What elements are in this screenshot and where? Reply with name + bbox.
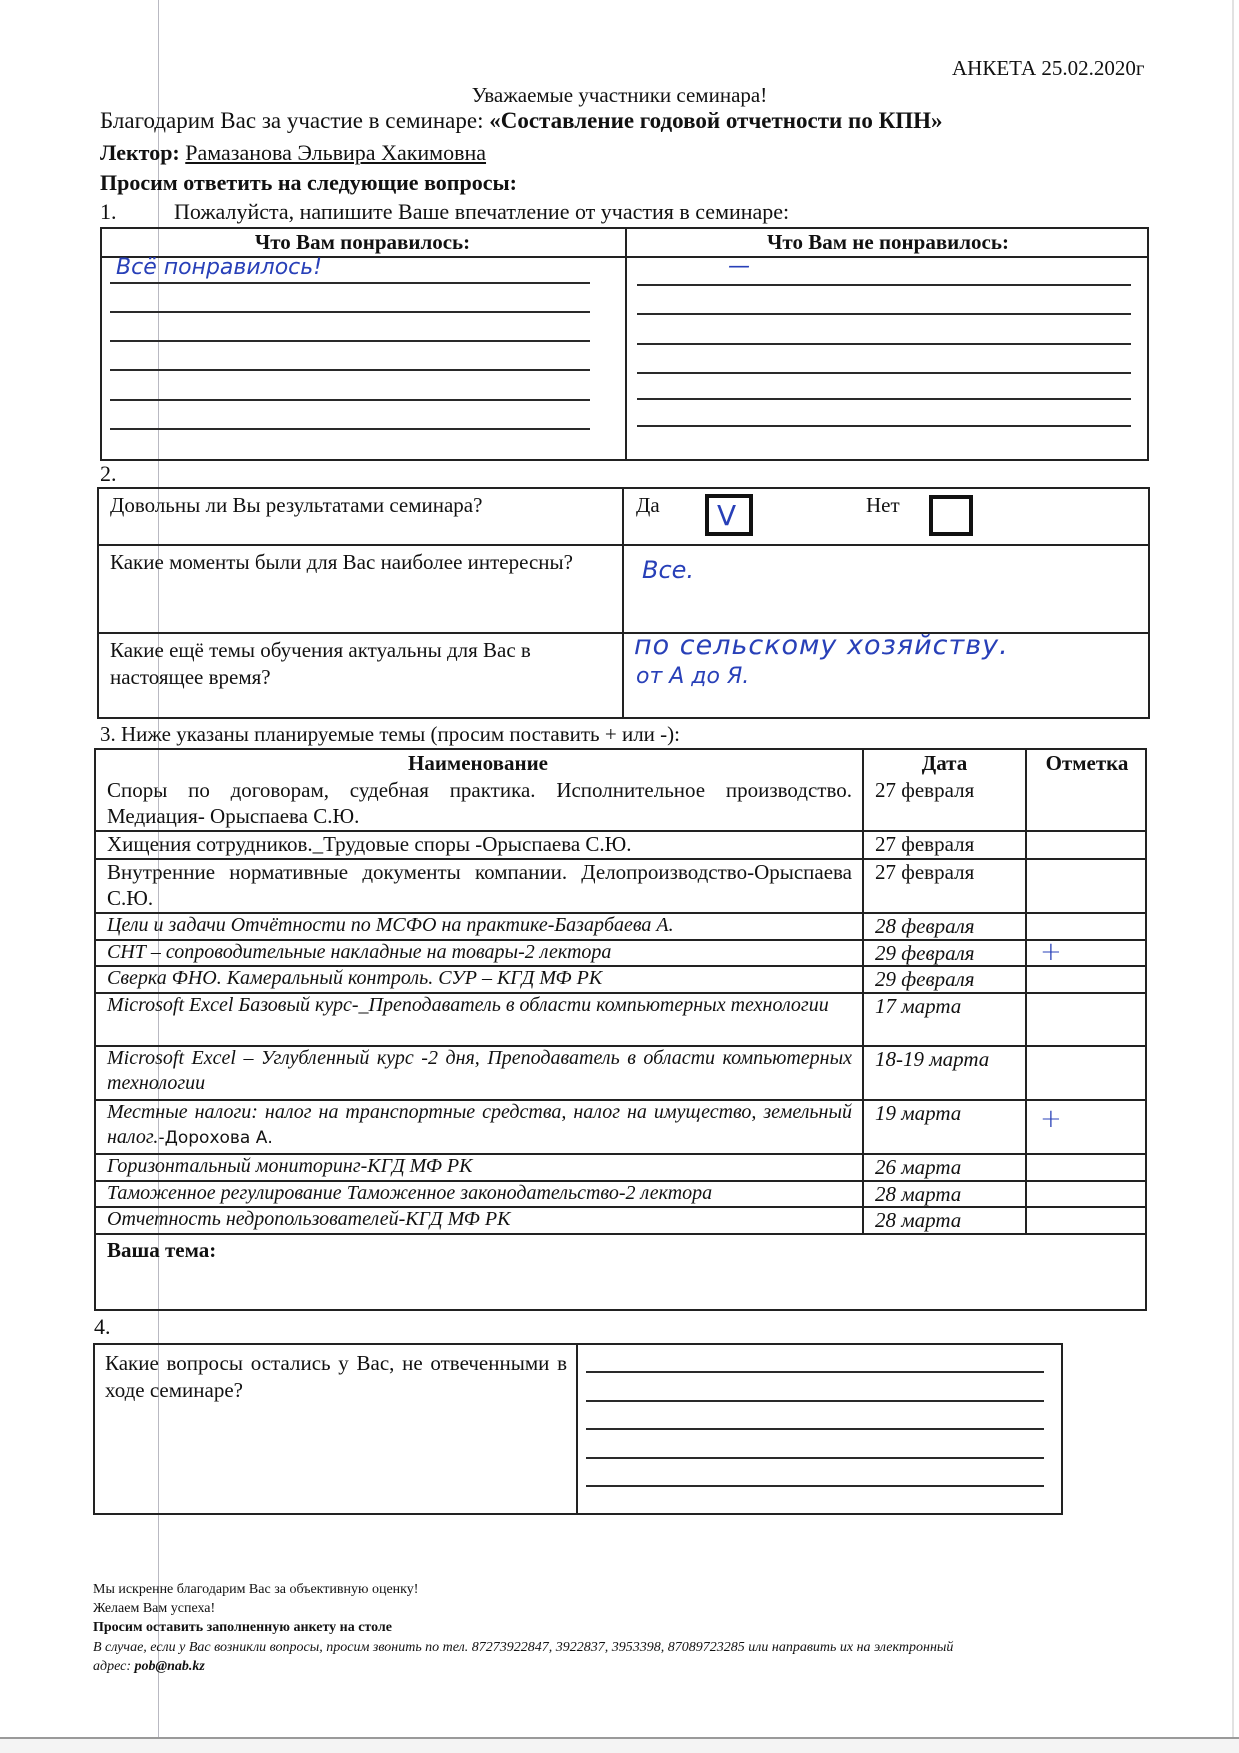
lector-label: Лектор: (100, 140, 185, 165)
yes-label: Да (636, 492, 660, 519)
topic-mark-cell[interactable] (1040, 1180, 1140, 1206)
answer-line (637, 425, 1131, 427)
answer-line (110, 369, 590, 371)
answer-line (110, 340, 590, 342)
column-header-date: Дата (864, 751, 1025, 776)
topic-lector: -Дорохова А. (158, 1128, 272, 1148)
answer-line (586, 1485, 1044, 1487)
lector-name: Рамазанова Эльвира Хакимовна (185, 140, 486, 165)
satisfied-question: Довольны ли Вы результатами семинара? (110, 492, 482, 519)
topic-date: 28 марта (875, 1207, 961, 1234)
topic-name: СНТ – сопроводительные накладные на това… (107, 940, 852, 965)
answer-line (637, 343, 1131, 345)
greeting: Уважаемые участники семинара! (0, 83, 1239, 108)
answer-line (637, 313, 1131, 315)
topic-name: Microsoft Excel Базовый курс-_Преподават… (107, 993, 852, 1018)
topics-question: Какие ещё темы обучения актуальны для Ва… (110, 637, 620, 691)
interesting-answer[interactable]: Все. (642, 556, 694, 584)
topic-date: 17 марта (875, 993, 961, 1020)
answer-line (637, 284, 1131, 286)
section4-number: 4. (94, 1314, 111, 1340)
topic-name: Горизонтальный мониторинг-КГД МФ РК (107, 1154, 852, 1179)
topic-mark-cell[interactable] (1040, 858, 1140, 912)
topic-mark-cell[interactable] (1040, 912, 1140, 939)
disliked-header: Что Вам не понравилось: (627, 230, 1149, 255)
topic-name: Внутренние нормативные документы компани… (107, 859, 852, 911)
topic-date: 29 февраля (875, 940, 975, 967)
answer-line (586, 1428, 1044, 1430)
seminar-title: «Составление годовой отчетности по КПН» (489, 108, 942, 133)
topic-date: 18-19 марта (875, 1046, 989, 1073)
no-label: Нет (866, 492, 900, 519)
topic-name: Таможенное регулирование Таможенное зако… (107, 1181, 852, 1206)
answer-line (586, 1400, 1044, 1402)
footer-email-line: адрес: pob@nab.kz (93, 1659, 205, 1675)
seminar-line: Благодарим Вас за участие в семинаре: «С… (100, 108, 943, 134)
topic-date: 27 февраля (875, 831, 974, 858)
check-mark-icon: V (717, 500, 736, 532)
topic-mark-cell[interactable] (1040, 776, 1140, 830)
topic-mark-cell[interactable]: + (1040, 939, 1140, 965)
liked-header: Что Вам понравилось: (100, 230, 625, 255)
yes-checkbox[interactable]: V (705, 494, 753, 536)
topic-name: Споры по договорам, судебная практика. И… (107, 777, 852, 829)
ask-prompt: Просим ответить на следующие вопросы: (100, 170, 517, 196)
your-topic-label: Ваша тема: (107, 1238, 216, 1263)
section2-number: 2. (100, 461, 117, 487)
section1-number: 1. (100, 199, 174, 225)
topic-name: Цели и задачи Отчётности по МСФО на прак… (107, 913, 852, 938)
open-questions-column-divider (576, 1343, 578, 1515)
open-questions-question: Какие вопросы остались у Вас, не отвечен… (105, 1350, 567, 1404)
topic-date: 26 марта (875, 1154, 961, 1181)
topic-date: 29 февраля (875, 966, 975, 993)
footer-email-prefix: адрес: (93, 1659, 135, 1674)
topic-name: Местные налоги: налог на транспортные ср… (107, 1100, 852, 1151)
topic-mark-cell[interactable] (1040, 992, 1140, 1045)
liked-answer: Всё понравилось! (116, 255, 322, 280)
scan-edge-right (1232, 0, 1234, 1737)
topic-date: 27 февраля (875, 859, 974, 886)
date-column-divider (862, 748, 864, 1234)
section1-question-text: Пожалуйста, напишите Ваше впечатление от… (174, 199, 789, 224)
topic-name: Сверка ФНО. Камеральный контроль. СУР – … (107, 966, 852, 991)
topic-mark-cell[interactable] (1040, 1045, 1140, 1099)
impressions-column-divider (625, 227, 627, 461)
disliked-answer: — (728, 254, 750, 279)
answer-line (110, 428, 590, 430)
scan-edge-bottom (0, 1737, 1239, 1753)
footer-contacts: В случае, если у Вас возникли вопросы, п… (93, 1640, 953, 1656)
no-checkbox[interactable] (929, 495, 973, 536)
results-column-divider (622, 487, 624, 719)
topic-name: Microsoft Excel – Углубленный курс -2 дн… (107, 1046, 852, 1096)
column-header-mark: Отметка (1027, 751, 1147, 776)
topic-date: 28 февраля (875, 913, 975, 940)
answer-line (637, 372, 1131, 374)
answer-line (586, 1371, 1044, 1373)
footer-thanks: Мы искренне благодарим Вас за объективну… (93, 1582, 418, 1598)
topic-mark-cell[interactable] (1040, 1206, 1140, 1233)
section1-question: 1.Пожалуйста, напишите Ваше впечатление … (100, 199, 789, 225)
interesting-question: Какие моменты были для Вас наиболее инте… (110, 549, 612, 576)
topic-mark-cell[interactable] (1040, 1153, 1140, 1180)
topic-name: Хищения сотрудников._Трудовые споры -Оры… (107, 831, 852, 857)
section3-title: 3. Ниже указаны планируемые темы (просим… (100, 722, 680, 747)
thanks-prefix: Благодарим Вас за участие в семинаре: (100, 108, 489, 133)
lector-line: Лектор: Рамазанова Эльвира Хакимовна (100, 140, 486, 166)
row-divider (94, 1233, 1147, 1235)
topic-mark-cell[interactable] (1040, 830, 1140, 858)
topics-answer-line1: по сельскому хозяйству. (634, 630, 1009, 661)
answer-line (586, 1457, 1044, 1459)
answer-line (110, 399, 590, 401)
footer-wish: Желаем Вам успеха! (93, 1601, 215, 1617)
your-topic-input[interactable] (96, 1262, 1145, 1308)
topic-date: 28 марта (875, 1181, 961, 1208)
form-label: АНКЕТА 25.02.2020г (952, 56, 1144, 81)
answer-line (110, 282, 590, 284)
topic-date: 27 февраля (875, 777, 974, 804)
topic-date: 19 марта (875, 1100, 961, 1127)
footer-instruction: Просим оставить заполненную анкету на ст… (93, 1620, 392, 1636)
topics-answer-line2: от А до Я. (636, 664, 749, 689)
topic-mark-cell[interactable] (1040, 965, 1140, 992)
topic-mark-cell[interactable]: + (1040, 1099, 1140, 1153)
answer-line (637, 398, 1131, 400)
answer-line (110, 311, 590, 313)
mark-column-divider (1025, 748, 1027, 1234)
topic-name: Отчетность недропользователей-КГД МФ РК (107, 1207, 852, 1232)
column-header-name: Наименование (94, 751, 862, 776)
footer-email-link[interactable]: pob@nab.kz (135, 1659, 205, 1674)
row-divider (97, 544, 1150, 546)
